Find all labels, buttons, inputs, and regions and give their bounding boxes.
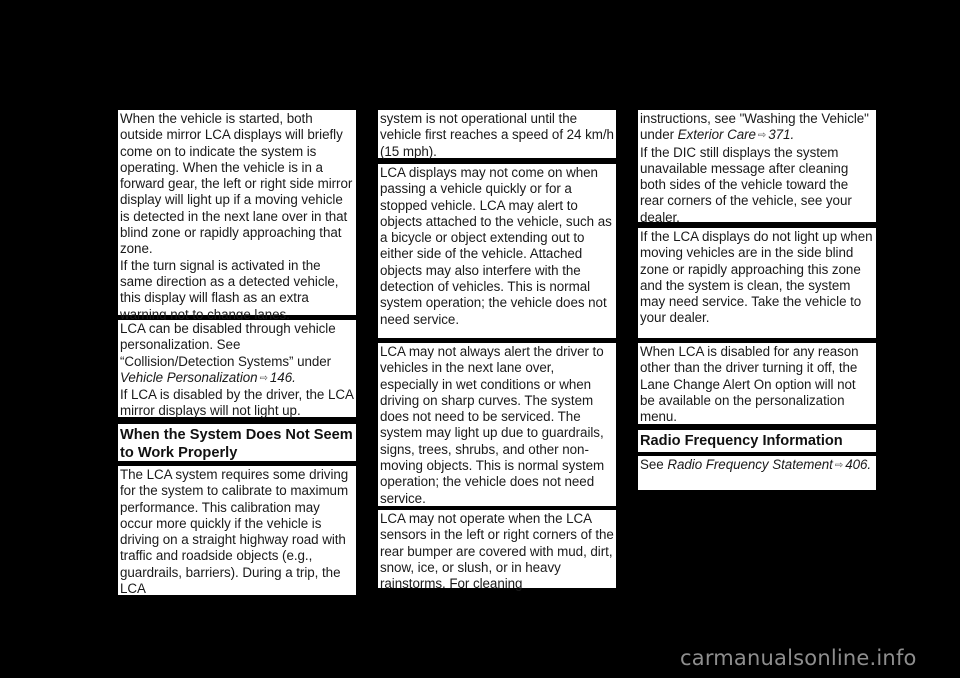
paragraph: See Radio Frequency Statement⇨406.	[640, 457, 874, 474]
paragraph: If the turn signal is activated in the s…	[120, 258, 354, 323]
section-heading: When the System Does Not Seem to Work Pr…	[118, 424, 356, 461]
paragraph-text: LCA can be disabled through vehicle pers…	[120, 321, 336, 369]
col3-block-radio-frequency: See Radio Frequency Statement⇨406.	[638, 456, 876, 490]
cross-reference-link[interactable]: Radio Frequency Statement	[667, 457, 832, 472]
col2-block-sensors: LCA may not operate when the LCA sensors…	[378, 510, 616, 588]
page-number[interactable]: 371	[768, 127, 790, 142]
cross-reference-link[interactable]: Exterior Care	[678, 127, 756, 142]
col1-block-startup: When the vehicle is started, both outsid…	[118, 110, 356, 315]
page-reference-arrow-icon: ⇨	[260, 371, 268, 387]
paragraph: system is not operational until the vehi…	[380, 111, 614, 160]
col1-block-disable: LCA can be disabled through vehicle pers…	[118, 320, 356, 417]
punctuation: .	[790, 127, 794, 142]
paragraph: If LCA is disabled by the driver, the LC…	[120, 387, 354, 420]
paragraph: LCA can be disabled through vehicle pers…	[120, 321, 354, 387]
paragraph: LCA may not operate when the LCA sensors…	[380, 511, 614, 592]
col3-block-service: If the LCA displays do not light up when…	[638, 228, 876, 338]
page-number[interactable]: 146	[270, 370, 292, 385]
section-heading: Radio Frequency Information	[638, 430, 876, 452]
paragraph: LCA may not always alert the driver to v…	[380, 344, 614, 507]
paragraph: instructions, see "Washing the Vehicle" …	[640, 111, 874, 145]
punctuation: .	[867, 457, 871, 472]
punctuation: .	[292, 370, 296, 385]
col2-block-passing: LCA displays may not come on when passin…	[378, 164, 616, 338]
col3-block-cleaning: instructions, see "Washing the Vehicle" …	[638, 110, 876, 222]
col2-block-wet-conditions: LCA may not always alert the driver to v…	[378, 343, 616, 506]
page-reference-arrow-icon: ⇨	[758, 128, 766, 144]
paragraph: The LCA system requires some driving for…	[120, 467, 354, 597]
page-reference-arrow-icon: ⇨	[835, 458, 843, 474]
paragraph: When the vehicle is started, both outsid…	[120, 111, 354, 258]
paragraph: If the LCA displays do not light up when…	[640, 229, 874, 327]
col1-block-calibration: The LCA system requires some driving for…	[118, 466, 356, 595]
page-number[interactable]: 406	[845, 457, 867, 472]
paragraph: If the DIC still displays the system una…	[640, 145, 874, 226]
paragraph: LCA displays may not come on when passin…	[380, 165, 614, 328]
paragraph-text: See	[640, 457, 667, 472]
col2-block-speed: system is not operational until the vehi…	[378, 110, 616, 158]
paragraph: When LCA is disabled for any reason othe…	[640, 344, 874, 425]
col3-block-disabled-option: When LCA is disabled for any reason othe…	[638, 343, 876, 424]
watermark: carmanualsonline.info	[680, 646, 917, 670]
cross-reference-link[interactable]: Vehicle Personalization	[120, 370, 258, 385]
